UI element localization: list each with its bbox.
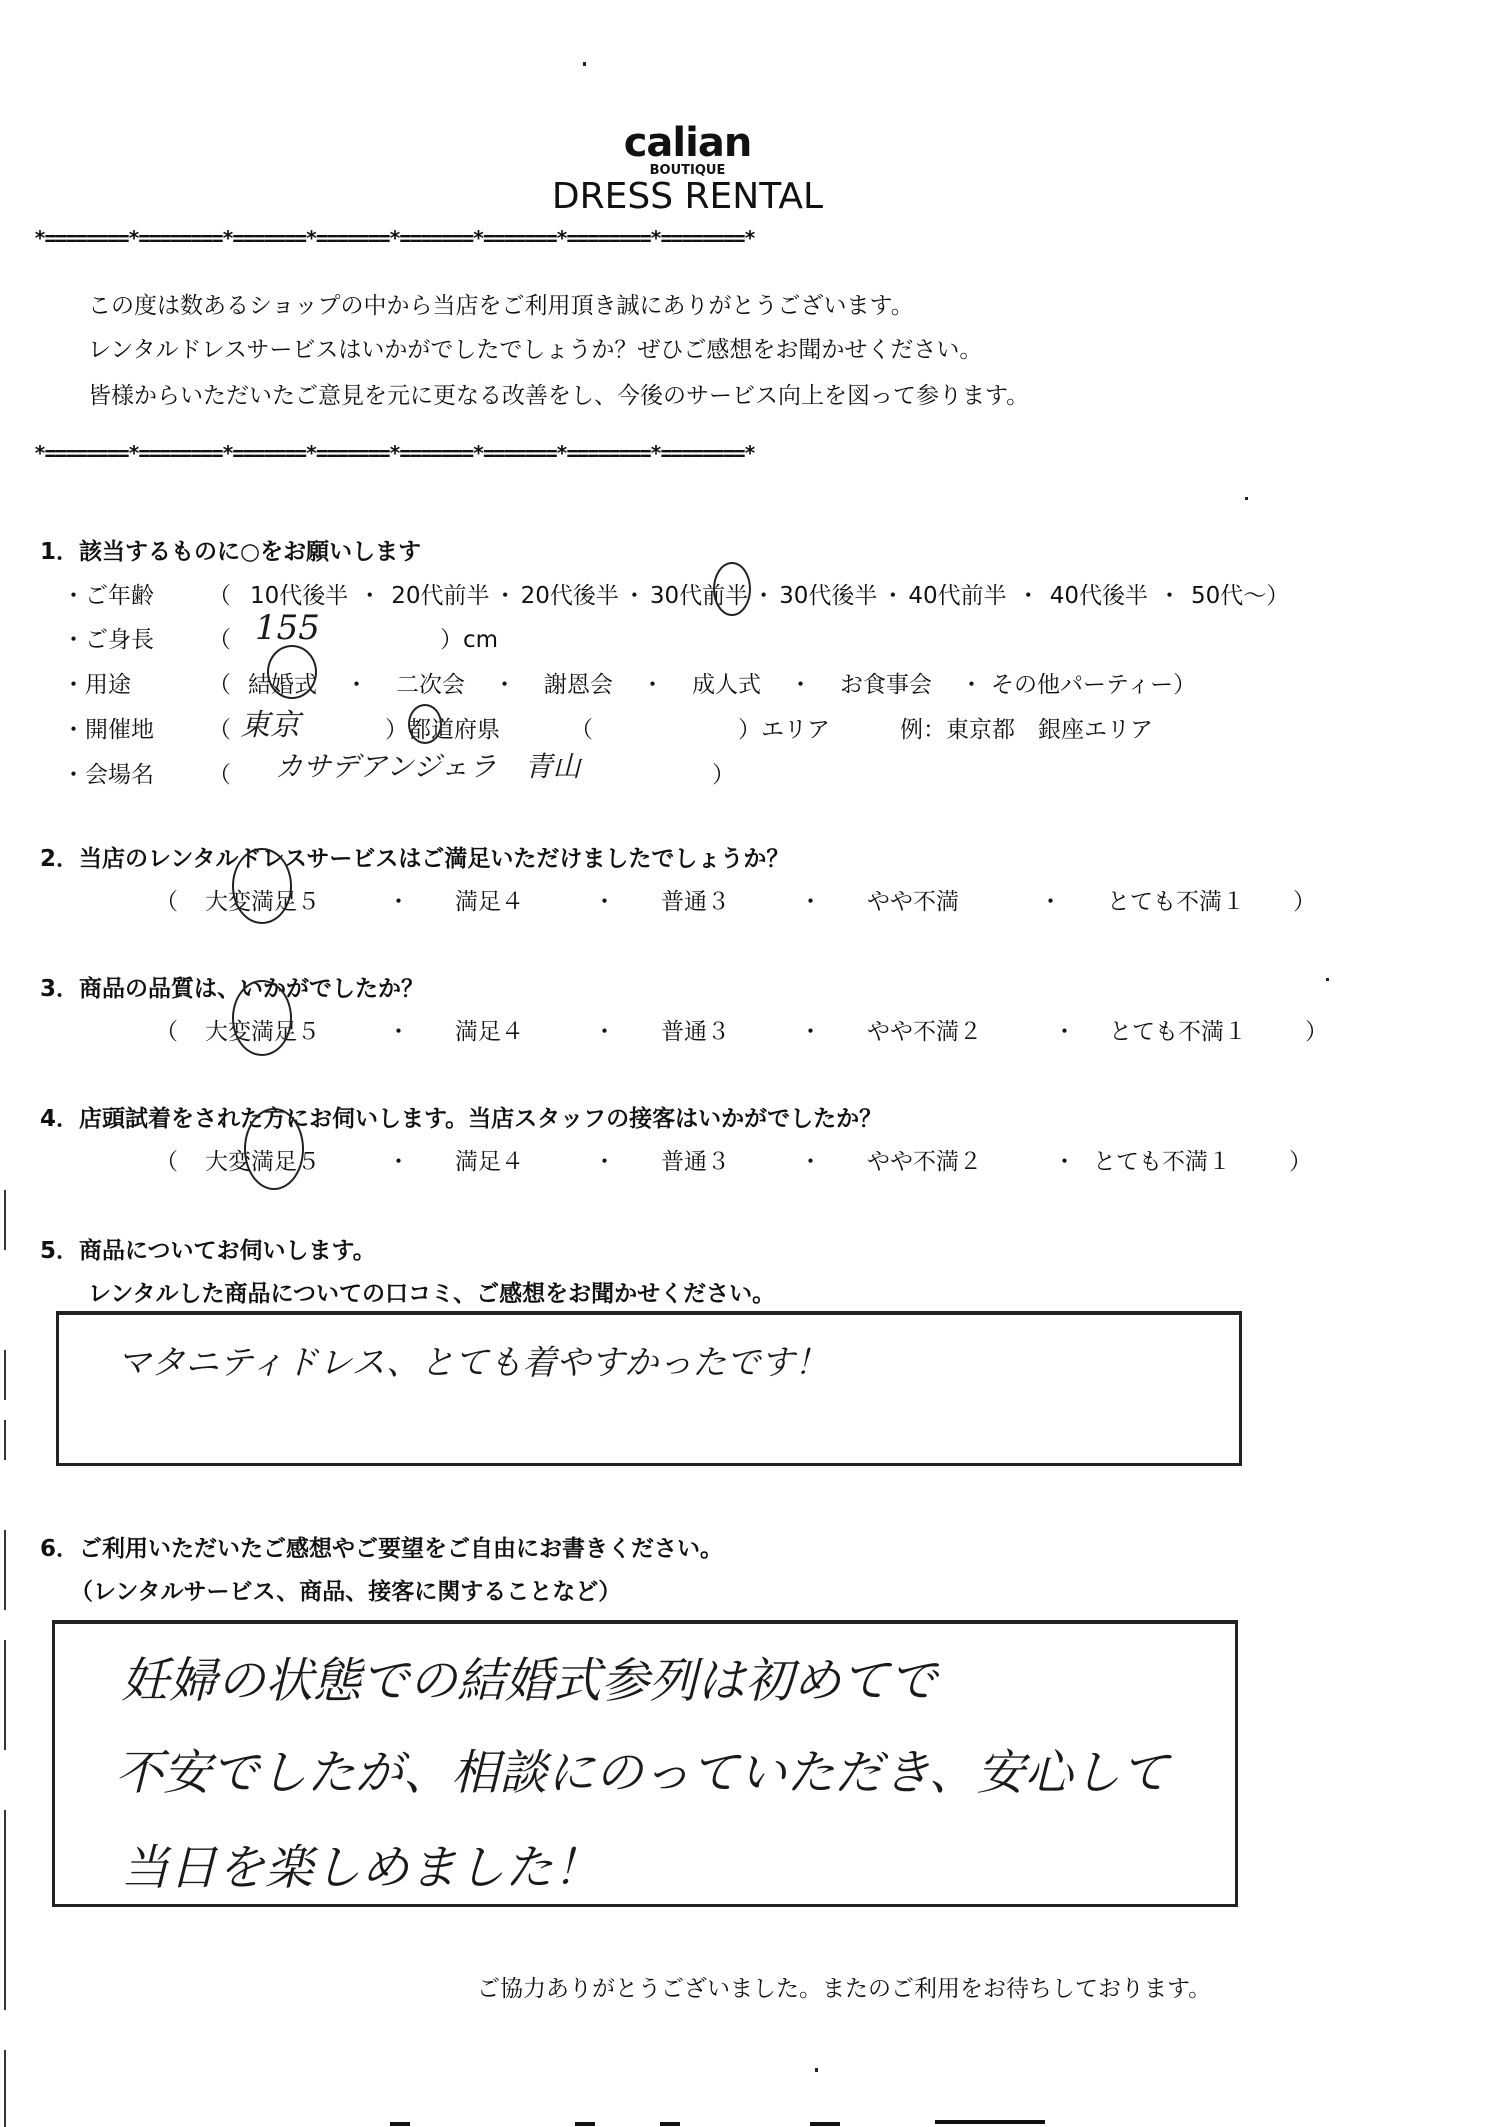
scan-margin-line bbox=[4, 1350, 6, 1400]
height-unit: ）cm bbox=[440, 621, 498, 654]
location-label: ・開催地 bbox=[62, 711, 154, 744]
q4-option[interactable]: やや不満２ bbox=[867, 1143, 1053, 1176]
area-open: （ bbox=[570, 711, 593, 744]
purpose-options: 結婚式・ 二次会・ 謝恩会・ 成人式・ お食事会・ その他パーティー ） bbox=[248, 666, 1196, 699]
q6-title: 6．ご利用いただいたご感想やご要望をご自由にお書きください。 bbox=[40, 1530, 723, 1563]
q3-option[interactable]: 満足４ bbox=[455, 1013, 593, 1046]
q1-title: 1．該当するものに○をお願いします bbox=[40, 533, 421, 566]
q2-selection-circle bbox=[232, 848, 292, 924]
q2-option[interactable]: とても不満１ bbox=[1107, 883, 1293, 916]
purpose-option[interactable]: その他パーティー bbox=[991, 666, 1173, 699]
q6-answer-line-3: 当日を楽しめました！ bbox=[121, 1829, 601, 1898]
purpose-option[interactable]: お食事会 bbox=[840, 666, 932, 699]
page-title: DRESS RENTAL bbox=[0, 176, 1375, 217]
q2-option[interactable]: 普通３ bbox=[661, 883, 799, 916]
scan-speck bbox=[583, 62, 586, 66]
divider-bottom: *========*========*=======*=======*=====… bbox=[34, 441, 754, 465]
age-option[interactable]: 20代後半 bbox=[521, 577, 619, 610]
q6-answer-line-1: 妊婦の状態での結婚式参列は初めてで bbox=[121, 1642, 937, 1711]
venue-input[interactable]: カサデアンジェラ 青山 bbox=[275, 745, 581, 785]
intro-line-1: この度は数あるショップの中から当店をご利用頂き誠にありがとうございます。 bbox=[88, 287, 914, 320]
q4-selection-circle bbox=[244, 1108, 304, 1190]
scan-edge-mark bbox=[660, 2122, 680, 2126]
q3-option[interactable]: とても不満１ bbox=[1109, 1013, 1305, 1046]
scan-edge-mark bbox=[390, 2122, 410, 2126]
scan-margin-line bbox=[4, 1810, 6, 2010]
purpose-open: （ bbox=[208, 666, 231, 699]
scan-speck bbox=[1326, 978, 1329, 981]
age-label: ・ご年齢 bbox=[62, 577, 154, 610]
purpose-option[interactable]: 成人式 bbox=[692, 666, 761, 699]
scan-margin-line bbox=[4, 1530, 6, 1610]
thanks-message: ご協力ありがとうございました。またのご利用をお待ちしております。 bbox=[477, 1970, 1211, 2003]
scan-edge-mark bbox=[810, 2122, 840, 2126]
prefecture-suffix: ）都道府県 bbox=[385, 711, 500, 744]
scan-edge-mark bbox=[935, 2120, 1045, 2124]
q3-title: 3．商品の品質は、いかがでしたか？ bbox=[40, 970, 424, 1003]
q2-option[interactable]: やや不満 bbox=[867, 883, 1039, 916]
q3-options: （ 大変満足５ ・ 満足４ ・ 普通３ ・ やや不満２ ・ とても不満１ ） bbox=[155, 1013, 1328, 1046]
scan-margin-line bbox=[4, 2050, 6, 2127]
age-option[interactable]: 10代後半 bbox=[250, 577, 348, 610]
q3-selection-circle bbox=[232, 980, 292, 1056]
q4-option[interactable]: 満足４ bbox=[455, 1143, 593, 1176]
location-open: （ bbox=[208, 711, 231, 744]
q5-title: 5．商品についてお伺いします。 bbox=[40, 1232, 376, 1265]
venue-label: ・会場名 bbox=[62, 756, 154, 789]
venue-open: （ bbox=[208, 756, 231, 789]
age-option[interactable]: 20代前半 bbox=[391, 577, 489, 610]
q5-answer-text: マタニティドレス、とても着やすかったです！ bbox=[117, 1335, 828, 1384]
q6-subtitle: （レンタルサービス、商品、接客に関することなど） bbox=[70, 1573, 621, 1606]
q5-answer-box[interactable]: マタニティドレス、とても着やすかったです！ bbox=[56, 1311, 1242, 1466]
area-suffix: ）エリア bbox=[738, 711, 830, 744]
scan-speck bbox=[815, 2068, 818, 2072]
venue-close: ） bbox=[712, 756, 735, 789]
q2-options: （ 大変満足５ ・ 満足４ ・ 普通３ ・ やや不満 ・ とても不満１ ） bbox=[155, 883, 1316, 916]
age-option[interactable]: 40代後半 bbox=[1050, 577, 1148, 610]
height-input[interactable]: 155 bbox=[255, 608, 320, 648]
q2-title: 2．当店のレンタルドレスサービスはご満足いただけましたでしょうか？ bbox=[40, 840, 789, 873]
scan-margin-line bbox=[4, 1420, 6, 1460]
age-options: 10代後半・ 20代前半・ 20代後半・ 30代前半・ 30代後半・ 40代前半… bbox=[250, 577, 1289, 610]
q2-option[interactable]: 満足４ bbox=[455, 883, 593, 916]
purpose-label: ・用途 bbox=[62, 666, 131, 699]
intro-line-3: 皆様からいただいたご意見を元に更なる改善をし、今後のサービス向上を図って参ります… bbox=[88, 377, 1029, 410]
brand-logo: calian bbox=[0, 120, 1375, 166]
q3-option[interactable]: やや不満２ bbox=[867, 1013, 1053, 1046]
divider-top: *========*========*=======*=======*=====… bbox=[34, 226, 754, 250]
q4-option[interactable]: とても不満１ bbox=[1093, 1143, 1289, 1176]
q6-answer-box[interactable]: 妊婦の状態での結婚式参列は初めてで 不安でしたが、相談にのっていただき、安心して… bbox=[52, 1620, 1238, 1907]
intro-line-2: レンタルドレスサービスはいかがでしたでしょうか？ぜひご感想をお聞かせください。 bbox=[88, 331, 982, 364]
scan-speck bbox=[1245, 497, 1248, 500]
height-open: （ bbox=[208, 621, 231, 654]
q4-option[interactable]: 普通３ bbox=[661, 1143, 799, 1176]
scan-margin-line bbox=[4, 1190, 6, 1250]
purpose-option[interactable]: 謝恩会 bbox=[544, 666, 613, 699]
q6-answer-line-2: 不安でしたが、相談にのっていただき、安心して bbox=[115, 1734, 1169, 1803]
age-option[interactable]: 40代前半 bbox=[908, 577, 1006, 610]
scan-edge-mark bbox=[575, 2122, 595, 2126]
prefecture-type-circle bbox=[408, 704, 442, 744]
age-option[interactable]: 30代後半 bbox=[779, 577, 877, 610]
prefecture-input[interactable]: 東京 bbox=[240, 700, 300, 744]
age-open: （ bbox=[208, 577, 231, 610]
q4-title: 4．店頭試着をされた方にお伺いします。当店スタッフの接客はいかがでしたか？ bbox=[40, 1100, 882, 1133]
scan-margin-line bbox=[4, 1640, 6, 1750]
q4-options: （ 大変満足５ ・ 満足４ ・ 普通３ ・ やや不満２ ・ とても不満１ ） bbox=[155, 1143, 1312, 1176]
q5-subtitle: レンタルした商品についての口コミ、ご感想をお聞かせください。 bbox=[88, 1275, 775, 1308]
age-option[interactable]: 50代～ bbox=[1191, 577, 1266, 610]
height-label: ・ご身長 bbox=[62, 621, 154, 654]
location-example: 例：東京都 銀座エリア bbox=[900, 711, 1153, 744]
age-selection-circle bbox=[713, 562, 751, 616]
purpose-option[interactable]: 二次会 bbox=[396, 666, 465, 699]
q3-option[interactable]: 普通３ bbox=[661, 1013, 799, 1046]
purpose-selection-circle bbox=[267, 645, 317, 699]
